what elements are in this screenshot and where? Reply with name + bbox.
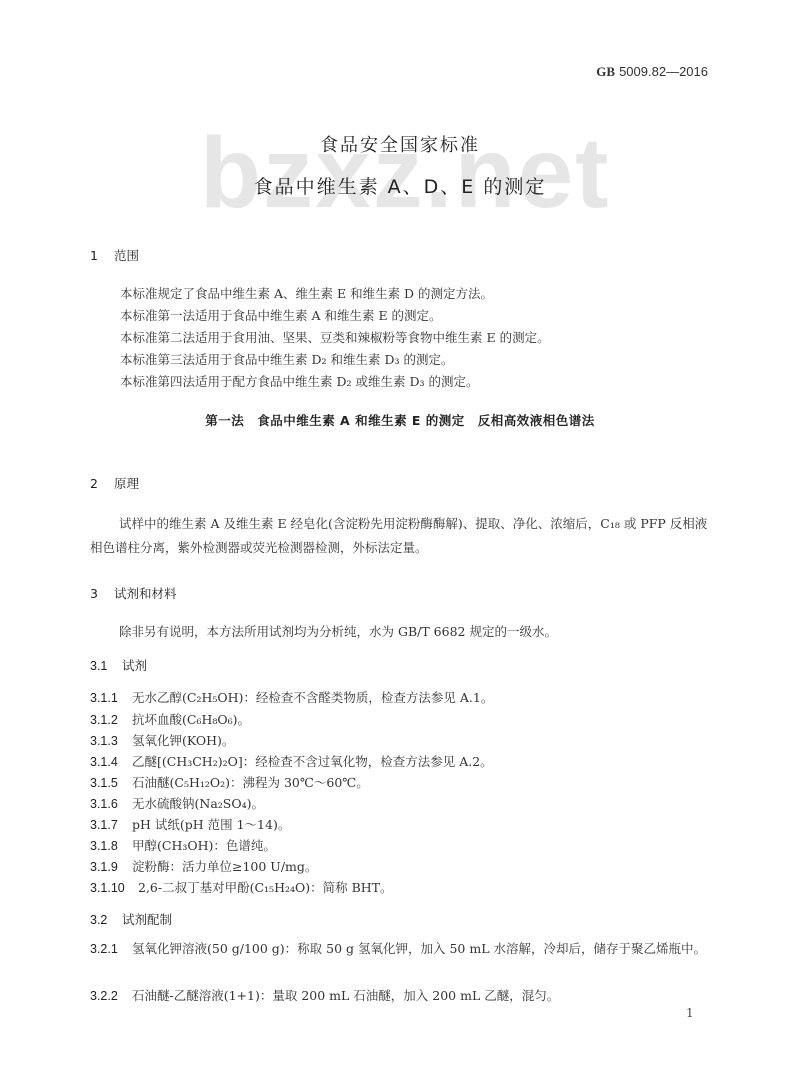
- reagent-item: 3.1.7pH 试纸(pH 范围 1～14)。: [90, 815, 290, 833]
- subsection-number: 3.1: [90, 659, 122, 673]
- reagent-item: 3.1.2抗坏血酸(C₆H₈O₆)。: [90, 710, 250, 728]
- reagents-intro: 除非另有说明，本方法所用试剂均为分析纯，水为 GB/T 6682 规定的一级水。: [90, 620, 710, 644]
- reagent-item: 3.1.1无水乙醇(C₂H₅OH)：经检查不含醛类物质，检查方法参见 A.1。: [90, 688, 493, 706]
- section-number: 3: [90, 586, 114, 601]
- page-number: 1: [686, 1006, 694, 1020]
- item-text: pH 试纸(pH 范围 1～14)。: [132, 817, 290, 832]
- item-text: 氢氧化钾溶液(50 g/100 g)：称取 50 g 氢氧化钾，加入 50 mL…: [132, 941, 706, 956]
- item-text: 无水硫酸钠(Na₂SO₄)。: [132, 796, 264, 811]
- document-title-line2: 食品中维生素 A、D、E 的测定: [0, 172, 800, 199]
- item-text: 无水乙醇(C₂H₅OH)：经检查不含醛类物质，检查方法参见 A.1。: [132, 690, 493, 705]
- scope-line-1: 本标准规定了食品中维生素 A、维生素 E 和维生素 D 的测定方法。: [120, 284, 493, 302]
- subsection-heading-reagent-preparation: 3.2试剂配制: [90, 910, 172, 928]
- item-number: 3.1.6: [90, 797, 132, 811]
- item-number: 3.1.5: [90, 776, 132, 790]
- scope-line-3: 本标准第二法适用于食用油、坚果、豆类和辣椒粉等食物中维生素 E 的测定。: [120, 328, 550, 346]
- item-text: 淀粉酶：活力单位≥100 U/mg。: [132, 859, 317, 874]
- document-page: GB5009.82—2016 bzxz.net 食品安全国家标准 食品中维生素 …: [0, 0, 800, 1090]
- item-number: 3.1.3: [90, 734, 132, 748]
- section-title: 范围: [114, 248, 139, 263]
- preparation-item: 3.2.1氢氧化钾溶液(50 g/100 g)：称取 50 g 氢氧化钾，加入 …: [90, 938, 710, 960]
- subsection-number: 3.2: [90, 913, 122, 927]
- section-number: 2: [90, 476, 114, 491]
- item-text: 氢氧化钾(KOH)。: [132, 733, 234, 748]
- item-text: 石油醚-乙醚溶液(1+1)：量取 200 mL 石油醚，加入 200 mL 乙醚…: [132, 988, 559, 1003]
- method-heading: 第一法 食品中维生素 A 和维生素 E 的测定 反相高效液相色谱法: [0, 411, 800, 429]
- item-number: 3.2.1: [90, 938, 132, 960]
- item-number: 3.1.10: [90, 881, 138, 895]
- preparation-item: 3.2.2石油醚-乙醚溶液(1+1)：量取 200 mL 石油醚，加入 200 …: [90, 986, 559, 1004]
- item-number: 3.1.9: [90, 860, 132, 874]
- item-number: 3.1.2: [90, 713, 132, 727]
- scope-line-2: 本标准第一法适用于食品中维生素 A 和维生素 E 的测定。: [120, 306, 442, 324]
- item-text: 抗坏血酸(C₆H₈O₆)。: [132, 712, 250, 727]
- reagent-item: 3.1.9淀粉酶：活力单位≥100 U/mg。: [90, 857, 317, 875]
- principle-paragraph: 试样中的维生素 A 及维生素 E 经皂化(含淀粉先用淀粉酶酶解)、提取、净化、浓…: [90, 512, 710, 560]
- item-number: 3.1.8: [90, 839, 132, 853]
- item-number: 3.1.7: [90, 818, 132, 832]
- item-text: 石油醚(C₅H₁₂O₂)：沸程为 30℃～60℃。: [132, 775, 369, 790]
- subsection-heading-reagents: 3.1试剂: [90, 656, 147, 674]
- section-title: 原理: [114, 476, 139, 491]
- section-heading-reagents-materials: 3试剂和材料: [90, 584, 177, 602]
- section-heading-scope: 1范围: [90, 246, 139, 264]
- section-heading-principle: 2原理: [90, 474, 139, 492]
- section-title: 试剂和材料: [114, 586, 177, 601]
- item-text: 2,6-二叔丁基对甲酚(C₁₅H₂₄O)：简称 BHT。: [138, 880, 393, 895]
- item-text: 乙醚[(CH₃CH₂)₂O]：经检查不含过氧化物，检查方法参见 A.2。: [132, 754, 493, 769]
- standard-number: 5009.82—2016: [619, 64, 708, 79]
- reagent-item: 3.1.5石油醚(C₅H₁₂O₂)：沸程为 30℃～60℃。: [90, 773, 369, 791]
- reagent-item: 3.1.8甲醇(CH₃OH)：色谱纯。: [90, 836, 276, 854]
- item-number: 3.1.1: [90, 691, 132, 705]
- reagent-item: 3.1.4乙醚[(CH₃CH₂)₂O]：经检查不含过氧化物，检查方法参见 A.2…: [90, 752, 493, 770]
- document-title-line1: 食品安全国家标准: [0, 131, 800, 157]
- subsection-title: 试剂: [122, 658, 147, 673]
- item-number: 3.2.2: [90, 989, 132, 1003]
- section-number: 1: [90, 248, 114, 263]
- scope-line-5: 本标准第四法适用于配方食品中维生素 D₂ 或维生素 D₃ 的测定。: [120, 372, 478, 390]
- standard-code: GB5009.82—2016: [596, 64, 708, 80]
- scope-line-4: 本标准第三法适用于食品中维生素 D₂ 和维生素 D₃ 的测定。: [120, 350, 453, 368]
- subsection-title: 试剂配制: [122, 912, 172, 927]
- standard-prefix: GB: [596, 64, 615, 79]
- item-text: 甲醇(CH₃OH)：色谱纯。: [132, 838, 276, 853]
- reagent-item: 3.1.6无水硫酸钠(Na₂SO₄)。: [90, 794, 264, 812]
- reagent-item: 3.1.3氢氧化钾(KOH)。: [90, 731, 234, 749]
- item-number: 3.1.4: [90, 755, 132, 769]
- reagent-item: 3.1.102,6-二叔丁基对甲酚(C₁₅H₂₄O)：简称 BHT。: [90, 878, 393, 896]
